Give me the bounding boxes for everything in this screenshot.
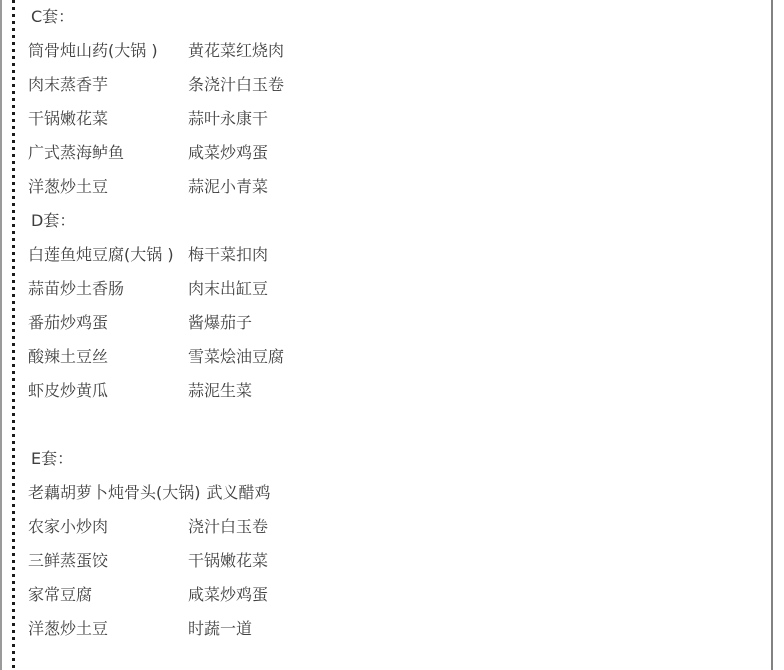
dish-name-left: 三鲜蒸蛋饺 xyxy=(28,544,188,578)
dish-name-left: 老藕胡萝卜炖骨头(大锅) xyxy=(28,476,207,510)
dish-name-right: 武义醋鸡 xyxy=(207,476,271,510)
dish-name-right: 蒜叶永康干 xyxy=(188,102,268,136)
menu-row: 番茄炒鸡蛋酱爆茄子 xyxy=(28,306,764,340)
dish-name-left: 酸辣土豆丝 xyxy=(28,340,188,374)
menu-row: 干锅嫩花菜蒜叶永康干 xyxy=(28,102,764,136)
dotted-table-border xyxy=(12,0,15,670)
dish-name-left: 干锅嫩花菜 xyxy=(28,102,188,136)
dish-name-left: 广式蒸海鲈鱼 xyxy=(28,136,188,170)
menu-row: 蒜苗炒土香肠肉末出缸豆 xyxy=(28,272,764,306)
dish-name-right: 梅干菜扣肉 xyxy=(188,238,268,272)
menu-row: 老藕胡萝卜炖骨头(大锅)武义醋鸡 xyxy=(28,476,764,510)
dish-name-left: 洋葱炒土豆 xyxy=(28,170,188,204)
blank-line xyxy=(28,408,764,442)
menu-row: 农家小炒肉浇汁白玉卷 xyxy=(28,510,764,544)
dish-name-right: 浇汁白玉卷 xyxy=(188,510,268,544)
dish-name-left: 番茄炒鸡蛋 xyxy=(28,306,188,340)
menu-row: 洋葱炒土豆时蔬一道 xyxy=(28,612,764,646)
menu-row: 家常豆腐咸菜炒鸡蛋 xyxy=(28,578,764,612)
dish-name-right: 咸菜炒鸡蛋 xyxy=(188,578,268,612)
dish-name-right: 黄花菜红烧肉 xyxy=(188,34,284,68)
section-header-set-d: D套： xyxy=(28,204,764,238)
dish-name-left: 洋葱炒土豆 xyxy=(28,612,188,646)
menu-row: 广式蒸海鲈鱼咸菜炒鸡蛋 xyxy=(28,136,764,170)
dish-name-left: 筒骨炖山药(大锅 ) xyxy=(28,34,188,68)
dish-name-left: 蒜苗炒土香肠 xyxy=(28,272,188,306)
dish-name-left: 农家小炒肉 xyxy=(28,510,188,544)
right-edge-line xyxy=(771,0,773,670)
menu-row: 虾皮炒黄瓜蒜泥生菜 xyxy=(28,374,764,408)
menu-row: 筒骨炖山药(大锅 )黄花菜红烧肉 xyxy=(28,34,764,68)
section-header-set-e: E套： xyxy=(28,442,764,476)
dish-name-right: 雪菜烩油豆腐 xyxy=(188,340,284,374)
dish-name-left: 虾皮炒黄瓜 xyxy=(28,374,188,408)
dish-name-right: 蒜泥生菜 xyxy=(188,374,252,408)
dish-name-right: 时蔬一道 xyxy=(188,612,252,646)
menu-row: 酸辣土豆丝雪菜烩油豆腐 xyxy=(28,340,764,374)
dish-name-right: 条浇汁白玉卷 xyxy=(188,68,284,102)
dish-name-right: 咸菜炒鸡蛋 xyxy=(188,136,268,170)
dish-name-left: 家常豆腐 xyxy=(28,578,188,612)
menu-row: 白莲鱼炖豆腐(大锅 )梅干菜扣肉 xyxy=(28,238,764,272)
menu-row: 洋葱炒土豆蒜泥小青菜 xyxy=(28,170,764,204)
menu-document: C套：筒骨炖山药(大锅 )黄花菜红烧肉肉末蒸香芋条浇汁白玉卷干锅嫩花菜蒜叶永康干… xyxy=(28,0,764,646)
dish-name-right: 蒜泥小青菜 xyxy=(188,170,268,204)
menu-row: 肉末蒸香芋条浇汁白玉卷 xyxy=(28,68,764,102)
menu-row: 三鲜蒸蛋饺干锅嫩花菜 xyxy=(28,544,764,578)
dish-name-right: 肉末出缸豆 xyxy=(188,272,268,306)
dish-name-left: 白莲鱼炖豆腐(大锅 ) xyxy=(28,238,188,272)
section-header-set-c: C套： xyxy=(28,0,764,34)
dish-name-right: 酱爆茄子 xyxy=(188,306,252,340)
left-edge-line xyxy=(0,0,2,670)
dish-name-left: 肉末蒸香芋 xyxy=(28,68,188,102)
dish-name-right: 干锅嫩花菜 xyxy=(188,544,268,578)
